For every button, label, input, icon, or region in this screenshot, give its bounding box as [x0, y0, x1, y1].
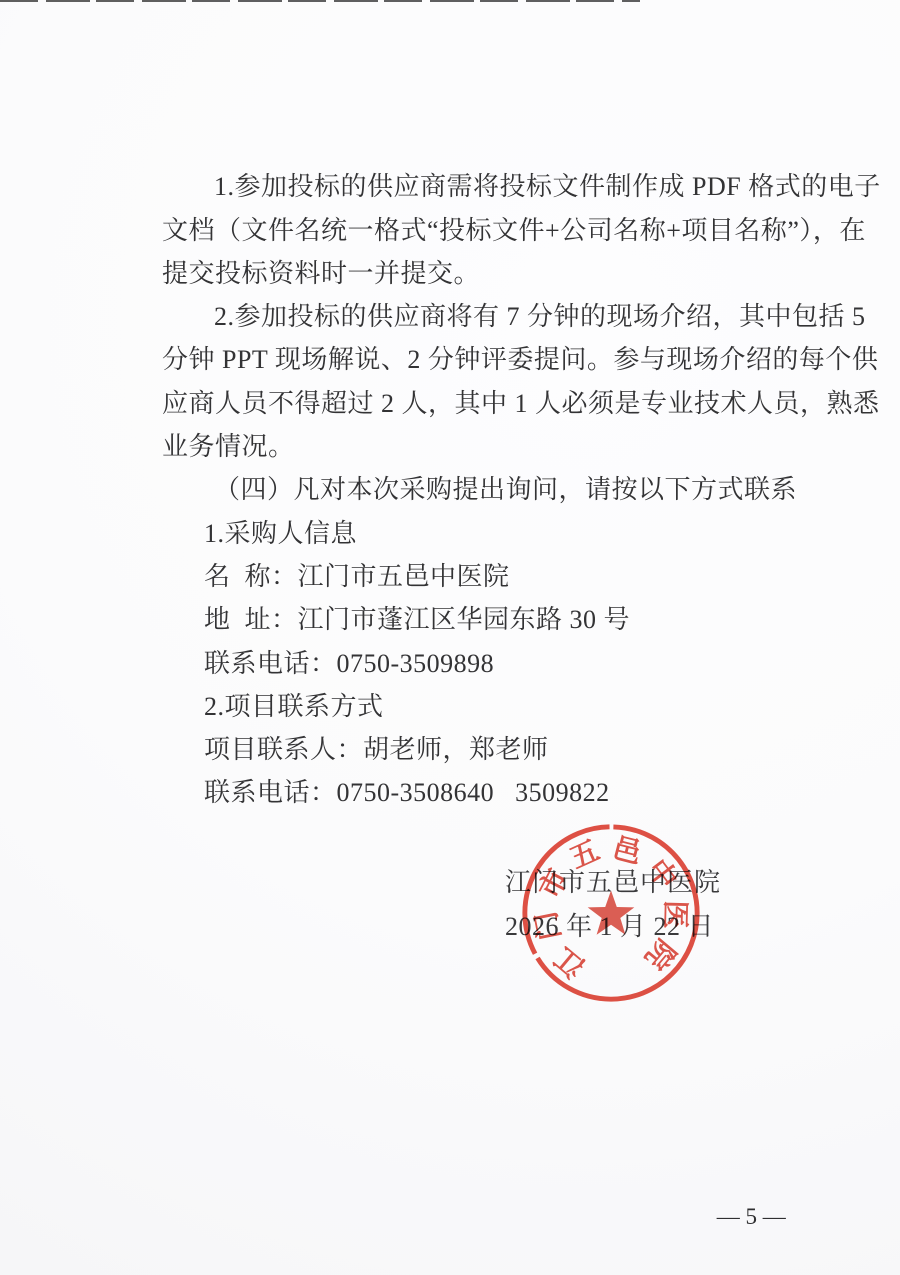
body-line-text: 文档（文件名统一格式“投标文件+公司名称+项目名称”），在	[162, 216, 866, 245]
svg-text:门: 门	[529, 909, 567, 943]
seal-star-icon	[588, 890, 635, 934]
body-line-text: 分钟 PPT 现场解说、2 分钟评委提问。参与现场介绍的每个供	[162, 345, 878, 374]
body-line-text: 提交投标资料时一并提交。	[162, 259, 480, 288]
svg-text:五: 五	[566, 835, 605, 875]
body-line-text: 1.采购人信息	[204, 519, 357, 548]
svg-text:邑: 邑	[609, 832, 644, 870]
body-line-text: 1.参加投标的供应商需将投标文件制作成 PDF 格式的电子	[214, 172, 881, 201]
svg-text:市: 市	[533, 864, 574, 904]
body-line-text: 名 称：江门市五邑中医院	[204, 562, 510, 591]
body-line-text: 地 址：江门市蓬江区华园东路 30 号	[204, 605, 630, 634]
body-line-text: 2.项目联系方式	[204, 692, 384, 721]
body-line: 1.参加投标的供应商需将投标文件制作成 PDF 格式的电子	[120, 122, 795, 165]
svg-text:医: 医	[658, 900, 691, 929]
scanned-document-page: { "document": { "lines": [ { "text": "1.…	[0, 0, 900, 1275]
body-line-text: 联系电话：0750-3509898	[204, 649, 494, 678]
body-line-text: 联系电话：0750-3508640 3509822	[204, 778, 610, 807]
official-seal: 江门市五邑中医院	[518, 820, 704, 1006]
body-line-text: （四）凡对本次采购提出询问，请按以下方式联系	[214, 475, 797, 504]
body-line-text: 业务情况。	[162, 432, 295, 461]
body-line-text: 2.参加投标的供应商将有 7 分钟的现场介绍，其中包括 5	[214, 302, 866, 331]
page-number: — 5 —	[717, 1204, 786, 1229]
body-line-text: 应商人员不得超过 2 人，其中 1 人必须是专业技术人员，熟悉	[162, 389, 880, 418]
document-body: 1.参加投标的供应商需将投标文件制作成 PDF 格式的电子 文档（文件名统一格式…	[120, 122, 795, 771]
scan-edge-artifact	[0, 0, 640, 2]
page-footer: — 5 —	[688, 1178, 803, 1230]
body-line-text: 项目联系人：胡老师，郑老师	[204, 735, 549, 764]
